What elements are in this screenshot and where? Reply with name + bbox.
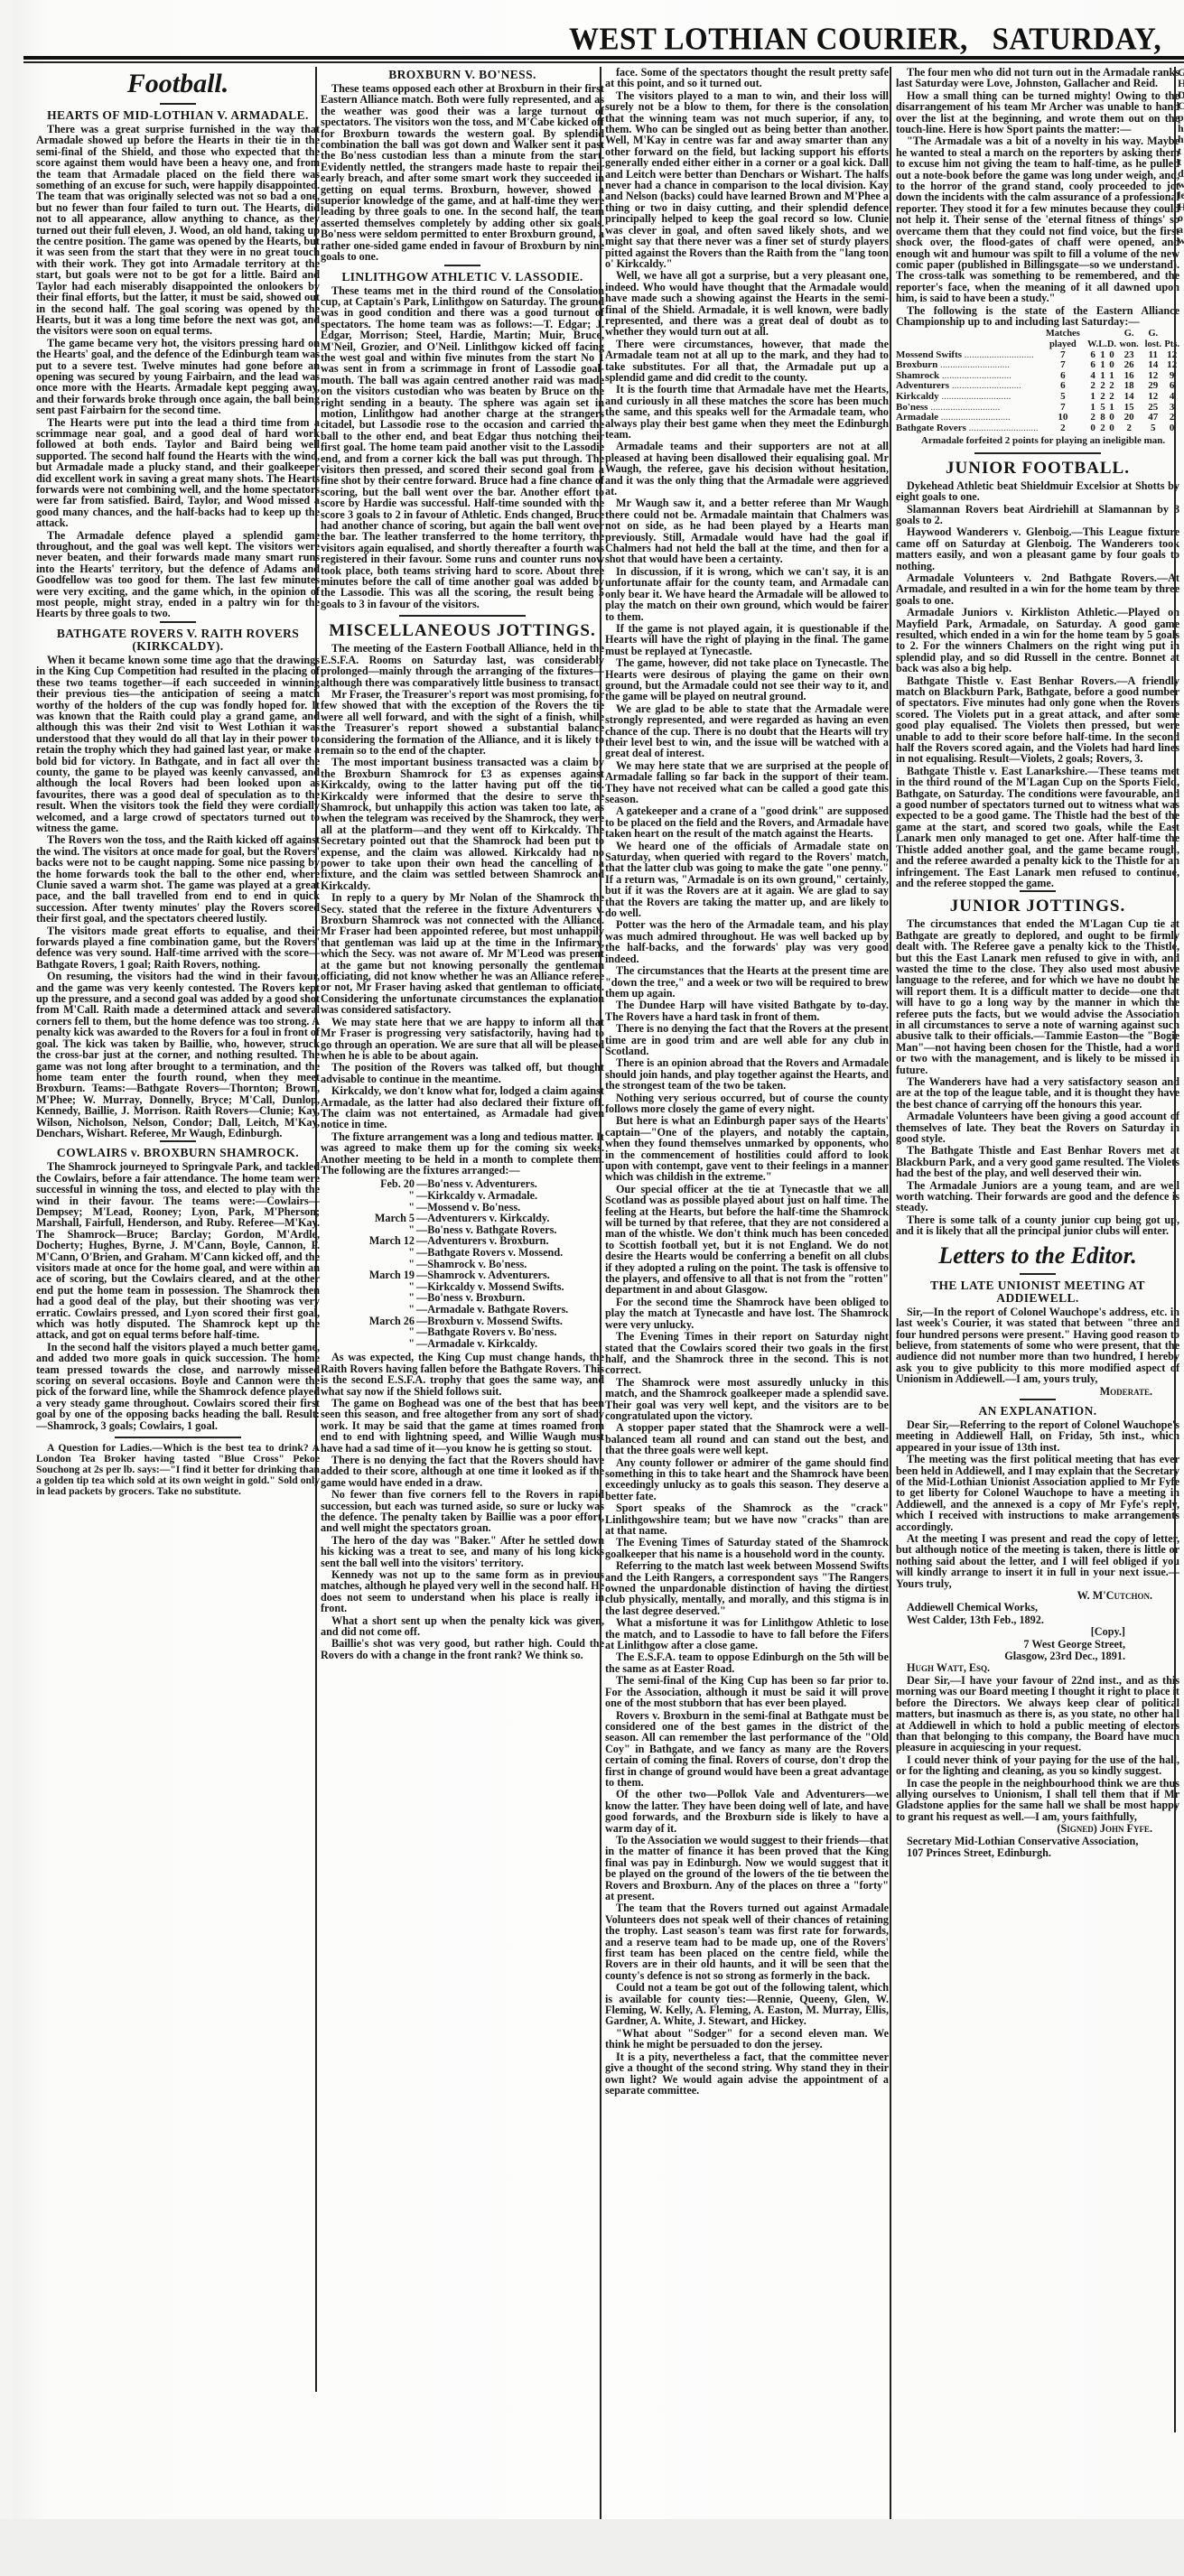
article-paragraph: The fixture arrangement was a long and t…	[321, 1131, 604, 1176]
article-paragraph: Any county follower or admirer of the ga…	[605, 1457, 889, 1502]
league-column-header	[896, 329, 1039, 349]
league-column-header: W.	[1087, 329, 1098, 349]
article-paragraph: "The Armadale was a bit of a novelty in …	[896, 135, 1179, 303]
fixture-date: "	[321, 1190, 416, 1202]
article-headline: HEARTS OF MID-LOTHIAN V. ARMADALE.	[36, 109, 320, 122]
article-paragraph: The semi-final of the King Cup has been …	[605, 1675, 889, 1708]
article-paragraph: Our special officer at the tie at Tyneca…	[605, 1184, 889, 1296]
league-row: Mossend Swifts7610231112	[896, 350, 1179, 361]
article-paragraph: Potter was the hero of the Armadale team…	[605, 919, 889, 964]
article-paragraph: We heard one of the officials of Armadal…	[605, 841, 889, 919]
article-paragraph: In reply to a query by Mr Nolan of the S…	[321, 892, 604, 1015]
article-paragraph: The Rovers won the toss, and the Raith k…	[36, 834, 320, 924]
jotting-paragraph: There is some talk of a county junior cu…	[896, 1214, 1179, 1237]
article-headline: MISCELLANEOUS JOTTINGS.	[321, 621, 604, 641]
article-paragraph: The Dundee Harp will have visited Bathga…	[605, 1000, 889, 1022]
fixture-date: "	[321, 1338, 416, 1350]
article-paragraph: Kirkcaldy, we don't know what for, lodge…	[321, 1085, 604, 1130]
divider	[399, 615, 526, 617]
divider	[1020, 890, 1056, 892]
article-paragraph: The following is the state of the Easter…	[896, 305, 1179, 328]
fixture-row: "—Bathgate Rovers v. Mossend.	[321, 1247, 604, 1259]
league-cell: 0	[1107, 360, 1116, 371]
league-cell: 1	[1087, 392, 1098, 403]
article-paragraph: Mr Waugh saw it, and a better referee th…	[605, 498, 889, 564]
article-paragraph: The Evening Times of Saturday stated of …	[605, 1537, 889, 1559]
article-paragraph: When it became known some time ago that …	[36, 655, 320, 834]
league-cell: 1	[1098, 360, 1107, 371]
article-paragraph: The Evening Times in their report on Sat…	[605, 1331, 889, 1376]
article-paragraph: The game on Boghead was one of the best …	[321, 1398, 604, 1454]
article-paragraph: The four men who did not turn out in the…	[896, 67, 1179, 89]
article-paragraph: Nothing very serious occurred, but of co…	[605, 1093, 889, 1115]
fixture-date: March 5	[321, 1213, 416, 1224]
article-paragraph: The circumstances that the Hearts at the…	[605, 965, 889, 999]
article-paragraph: On resuming, the visitors had the wind i…	[36, 971, 320, 1139]
letter-paragraph: Sir,—In the report of Colonel Wauchope's…	[896, 1307, 1179, 1385]
league-team-name: Adventurers	[896, 381, 1039, 392]
letter-paragraph: I could never think of your paying for t…	[896, 1754, 1179, 1777]
article-paragraph: The Shamrock were most assuredly unlucky…	[605, 1377, 889, 1422]
league-team-name: Armadale	[896, 413, 1039, 423]
copy-signature: (Signed) John Fyfe.	[896, 1823, 1179, 1834]
article-paragraph: For the second time the Shamrock have be…	[605, 1297, 889, 1330]
divider	[160, 621, 196, 623]
article-paragraph: The E.S.F.A. team to oppose Edinburgh on…	[605, 1651, 889, 1674]
adjacent-column-fragment: GHDCphhttdwleHoaw	[1174, 67, 1184, 2432]
junior-paragraph: Armadale Juniors v. Kirkliston Athletic.…	[896, 607, 1179, 674]
jotting-paragraph: Armadale Volunteers have been giving a g…	[896, 1111, 1179, 1144]
article-paragraph: The Shamrock journeyed to Springvale Par…	[36, 1161, 320, 1341]
letter-paragraph: The meeting was the first political meet…	[896, 1454, 1179, 1532]
league-column-header: G. won.	[1116, 329, 1142, 349]
divider	[974, 452, 1101, 454]
column-4: The four men who did not turn out in the…	[896, 67, 1179, 2460]
letter-recipient: Hugh Watt, Esq.	[896, 1662, 1179, 1673]
fixture-match: —Kirkcaldy v. Armadale.	[416, 1190, 604, 1202]
league-cell: 0	[1087, 423, 1098, 434]
article-paragraph: The game became very hot, the visitors p…	[36, 338, 320, 416]
article-paragraph: We are glad to be able to state that the…	[605, 703, 889, 759]
fixture-row: "—Armadale v. Kirkcaldy.	[321, 1338, 604, 1350]
article-paragraph: What a short sent up when the penalty ki…	[321, 1615, 604, 1638]
league-cell: 0	[1107, 423, 1116, 434]
article-paragraph: There were circumstances, however, that …	[605, 339, 889, 384]
league-team-name: Bathgate Rovers	[896, 423, 1039, 434]
article-headline: LINLITHGOW ATHLETIC V. LASSODIE.	[321, 271, 604, 284]
fixture-date: "	[321, 1292, 416, 1304]
article-paragraph: These teams opposed each other at Broxbu…	[321, 83, 604, 263]
letter-address: West Calder, 13th Feb., 1892.	[896, 1614, 1179, 1625]
article-headline: BATHGATE ROVERS V. RAITH ROVERS (KIRKCAL…	[36, 628, 320, 653]
junior-paragraph: Bathgate Thistle v. East Benhar Rovers.—…	[896, 675, 1179, 765]
league-row: Shamrock641116129	[896, 371, 1179, 382]
article-paragraph: There is an opinion abroad that the Rove…	[605, 1057, 889, 1091]
fixture-date: March 26	[321, 1316, 416, 1327]
league-cell: 14	[1116, 392, 1142, 403]
article-headline: BROXBURN V. BO'NESS.	[321, 69, 604, 81]
junior-jottings-paragraphs: The circumstances that ended the M'Lagan…	[896, 918, 1179, 1236]
league-cell: 2	[1098, 423, 1107, 434]
edge-fragment: H	[1176, 78, 1184, 88]
article-paragraph: Mr Fraser, the Treasurer's report was mo…	[321, 689, 604, 756]
article-paragraph: Armadale teams and their supporters are …	[605, 441, 889, 497]
article-paragraph: The Hearts were put into the lead a thir…	[36, 417, 320, 529]
junior-paragraph: Haywood Wanderers v. Glenboig.—This Leag…	[896, 526, 1179, 572]
league-team-name: Shamrock	[896, 371, 1039, 382]
copy-address: 7 West George Street,	[896, 1639, 1179, 1650]
divider	[444, 265, 480, 266]
article-paragraph: face. Some of the spectators thought the…	[605, 67, 889, 89]
letters-section-title: Letters to the Editor.	[896, 1242, 1179, 1269]
letter-address: Addiewell Chemical Works,	[896, 1602, 1179, 1613]
junior-paragraph: Slamannan Rovers beat Airdriehill at Sla…	[896, 504, 1179, 526]
article-paragraph: The most important business transacted w…	[321, 757, 604, 891]
divider	[1020, 1399, 1056, 1400]
article-paragraph: There is no denying the fact that the Ro…	[321, 1455, 604, 1488]
league-team-name: Kirkcaldy	[896, 392, 1039, 403]
edge-fragment: le	[1176, 190, 1184, 200]
divider	[160, 103, 196, 105]
jotting-paragraph: The Armadale Juniors are a young team, a…	[896, 1180, 1179, 1214]
junior-paragraph: Armadale Volunteers v. 2nd Bathgate Rove…	[896, 572, 1179, 606]
section-title-football: Football.	[36, 69, 320, 99]
league-cell: 8	[1098, 413, 1107, 423]
league-table-body: Mossend Swifts7610231112Broxburn76102614…	[896, 350, 1179, 434]
league-team-name: Bo'ness	[896, 403, 1039, 414]
column-3: face. Some of the spectators thought the…	[605, 67, 889, 2523]
edge-fragment: w	[1176, 235, 1184, 246]
article-paragraph: In discussion, if it is wrong, which we …	[605, 566, 889, 622]
edge-fragment: C	[1176, 100, 1184, 111]
copy-label: [Copy.]	[896, 1626, 1179, 1637]
fixture-match: —Bathgate Rovers v. Bo'ness.	[416, 1326, 604, 1338]
fixture-row: "—Armadale v. Bathgate Rovers.	[321, 1304, 604, 1316]
league-row: Broxburn7610261412	[896, 360, 1179, 371]
article-paragraph: It is a pity, nevertheless a fact, that …	[605, 2051, 889, 2097]
league-cell: 0	[1107, 413, 1116, 423]
masthead-rule-thin	[23, 61, 1184, 63]
league-cell: 7	[1039, 360, 1087, 371]
article-paragraph: In the second half the visitors played a…	[36, 1342, 320, 1431]
league-cell: 12	[1142, 392, 1164, 403]
edge-fragment: h	[1176, 134, 1184, 144]
column-4-notes: The four men who did not turn out in the…	[896, 67, 1179, 327]
league-team-name: Mossend Swifts	[896, 350, 1039, 361]
fixture-date: March 12	[321, 1235, 416, 1247]
divider	[1020, 1273, 1056, 1275]
junior-football-paragraphs: Dykehead Athletic beat Shieldmuir Excels…	[896, 480, 1179, 889]
league-row: Kirkcaldy512214124	[896, 392, 1179, 403]
article-paragraph: Rovers v. Broxburn in the semi-final at …	[605, 1710, 889, 1789]
article-paragraph: We may here state that we are surprised …	[605, 760, 889, 805]
column-1: Football. HEARTS OF MID-LOTHIAN V. ARMAD…	[36, 67, 320, 2505]
letter-paragraph: At the meeting I was present and read th…	[896, 1533, 1179, 1589]
league-cell: 2	[1039, 423, 1087, 434]
divider	[115, 1437, 241, 1438]
fixture-row: March 5—Adventurers v. Kirkcaldy.	[321, 1213, 604, 1224]
fixture-date: March 19	[321, 1269, 416, 1281]
league-team-name: Broxburn	[896, 360, 1039, 371]
article-paragraph: Well, we have all got a surprise, but a …	[605, 270, 889, 337]
league-cell: 2	[1116, 423, 1142, 434]
article-paragraph: The position of the Rovers was talked of…	[321, 1062, 604, 1084]
fixture-date: "	[321, 1326, 416, 1338]
column-3-paragraphs: face. Some of the spectators thought the…	[605, 67, 889, 2096]
league-cell: 5	[1039, 392, 1087, 403]
league-cell: 10	[1039, 413, 1087, 423]
copy-address: Glasgow, 23rd Dec., 1891.	[896, 1651, 1179, 1661]
letter-signature: Moderate.	[896, 1386, 1179, 1397]
fixture-date: "	[321, 1304, 416, 1316]
letter-signature: W. M'Cutchon.	[896, 1590, 1179, 1601]
fixture-date: "	[321, 1281, 416, 1293]
page-bottom-margin	[0, 2519, 1184, 2576]
article-paragraph: The visitors made great efforts to equal…	[36, 925, 320, 971]
column-1-articles: HEARTS OF MID-LOTHIAN V. ARMADALE.There …	[36, 109, 320, 1431]
league-column-header: G. lost.	[1142, 329, 1164, 349]
letter-paragraph: Dear Sir,—I have your favour of 22nd ins…	[896, 1675, 1179, 1753]
article-paragraph: Could not a team be got out of the follo…	[605, 1982, 889, 2027]
article-headline: COWLAIRS v. BROXBURN SHAMROCK.	[36, 1147, 320, 1159]
league-row: Adventurers622218296	[896, 381, 1179, 392]
article-paragraph: To the Association we would suggest to t…	[605, 1835, 889, 1902]
league-column-header: D.	[1107, 329, 1116, 349]
league-row: Armadale1028020472	[896, 413, 1179, 423]
league-table-header: Matches playedW.L.D.G. won.G. lost.Pts.	[896, 329, 1179, 349]
fixture-date: "	[321, 1247, 416, 1259]
junior-paragraph: Dykehead Athletic beat Shieldmuir Excels…	[896, 480, 1179, 503]
article-paragraph: As was expected, the King Cup must chang…	[321, 1352, 604, 1397]
fixture-match: —Adventurers v. Kirkcaldy.	[416, 1213, 604, 1224]
article-paragraph: The visitors played to a man to win, and…	[605, 90, 889, 270]
fixture-match: —Armadale v. Bathgate Rovers.	[416, 1304, 604, 1316]
fixture-match: —Shamrock v. Adventurers.	[416, 1269, 604, 1281]
league-table: Matches playedW.L.D.G. won.G. lost.Pts. …	[896, 329, 1179, 433]
masthead: WEST LOTHIAN COURIER, SATURDAY, FEBRUARY…	[569, 23, 1184, 57]
junior-paragraph: Bathgate Thistle v. East Lanarkshire.—Th…	[896, 766, 1179, 888]
league-cell: 20	[1116, 413, 1142, 423]
column-divider	[890, 67, 891, 2523]
article-paragraph: The game, however, did not take place on…	[605, 657, 889, 702]
league-cell: 2	[1107, 392, 1116, 403]
league-cell: 5	[1142, 423, 1164, 434]
league-cell: 2	[1098, 392, 1107, 403]
masthead-title: WEST LOTHIAN COURIER,	[569, 23, 968, 57]
edge-fragment: t	[1176, 156, 1184, 167]
league-row: Bathgate Rovers2020250	[896, 423, 1179, 434]
league-cell: 26	[1116, 360, 1142, 371]
article-paragraph: It is the fourth time that Armadale have…	[605, 384, 889, 440]
fixture-date: Feb. 20	[321, 1178, 416, 1190]
article-paragraph: These teams met in the third round of th…	[321, 285, 604, 610]
letter-paragraph: In case the people in the neighbourhood …	[896, 1778, 1179, 1823]
article-paragraph: But here is what an Edinburgh paper says…	[605, 1115, 889, 1182]
article-paragraph: A stopper paper stated that the Shamrock…	[605, 1422, 889, 1455]
letter-paragraph: Dear Sir,—Referring to the report of Col…	[896, 1419, 1179, 1453]
jotting-paragraph: The Bathgate Thistle and East Benhar Rov…	[896, 1145, 1179, 1178]
article-paragraph: Sport speaks of the Shamrock as the "cra…	[605, 1502, 889, 1536]
article-paragraph: The team that the Rovers turned out agai…	[605, 1902, 889, 1981]
letter-headline: AN EXPLANATION.	[896, 1405, 1179, 1418]
tea-advert: A Question for Ladies.—Which is the best…	[36, 1443, 320, 1497]
closing-line: Secretary Mid-Lothian Conservative Assoc…	[896, 1836, 1179, 1846]
letter-headline: THE LATE UNIONIST MEETING AT ADDIEWELL.	[896, 1279, 1179, 1305]
article-paragraph: The meeting of the Eastern Football Alli…	[321, 643, 604, 688]
masthead-rule	[23, 56, 1184, 60]
junior-jottings-headline: JUNIOR JOTTINGS.	[896, 897, 1179, 916]
article-paragraph: How a small thing can be turned mighty! …	[896, 90, 1179, 135]
league-column-header: Matches played	[1039, 329, 1087, 349]
article-paragraph: Of the other two—Pollok Vale and Adventu…	[605, 1789, 889, 1834]
article-paragraph: "What about "Sodger" for a second eleven…	[605, 2028, 889, 2051]
league-cell: 2	[1087, 413, 1098, 423]
article-paragraph: The Armadale defence played a splendid g…	[36, 530, 320, 619]
fixture-row: "—Kirkcaldy v. Armadale.	[321, 1190, 604, 1202]
fixtures-list: Feb. 20—Bo'ness v. Adventurers."—Kirkcal…	[321, 1178, 604, 1349]
article-paragraph: There was a great surprise furnished in …	[36, 124, 320, 337]
fixture-row: "—Bathgate Rovers v. Bo'ness.	[321, 1326, 604, 1338]
letters-to-editor: THE LATE UNIONIST MEETING AT ADDIEWELL.S…	[896, 1273, 1179, 1859]
league-cell: 14	[1142, 360, 1164, 371]
column-2: BROXBURN V. BO'NESS.These teams opposed …	[321, 67, 604, 2396]
edge-fragment: o	[1176, 212, 1184, 223]
league-cell: 47	[1142, 413, 1164, 423]
divider	[160, 1140, 196, 1142]
masthead-day: SATURDAY,	[993, 23, 1162, 57]
article-paragraph: We may state here that we are happy to i…	[321, 1017, 604, 1062]
league-note: Armadale forfeited 2 points for playing …	[896, 435, 1179, 446]
junior-football-headline: JUNIOR FOOTBALL.	[896, 459, 1179, 479]
article-paragraph: What a misfortune it was for Linlithgow …	[605, 1617, 889, 1651]
article-paragraph: The hero of the day was "Baker." After h…	[321, 1535, 604, 1568]
article-paragraph: There is no denying the fact that the Ro…	[605, 1023, 889, 1056]
fixture-row: March 19—Shamrock v. Adventurers.	[321, 1269, 604, 1281]
jotting-paragraph: The circumstances that ended the M'Lagan…	[896, 918, 1179, 1075]
article-paragraph: No fewer than five corners fell to the R…	[321, 1489, 604, 1534]
article-paragraph: Kennedy was not up to the same form as i…	[321, 1569, 604, 1614]
league-column-header: L.	[1098, 329, 1107, 349]
fixture-match: —Bathgate Rovers v. Mossend.	[416, 1247, 604, 1259]
column-2-articles: BROXBURN V. BO'NESS.These teams opposed …	[321, 69, 604, 1660]
fixture-match: —Armadale v. Kirkcaldy.	[416, 1338, 604, 1350]
article-paragraph: If the game is not played again, it is q…	[605, 623, 889, 656]
league-row: Bo'ness715115253	[896, 403, 1179, 414]
league-cell: 6	[1087, 360, 1098, 371]
article-paragraph: A gatekeeper and a crane of a "good drin…	[605, 805, 889, 839]
article-paragraph: Baillie's shot was very good, but rather…	[321, 1638, 604, 1660]
jotting-paragraph: The Wanderers have had a very satisfacto…	[896, 1076, 1179, 1110]
article-paragraph: Referring to the match last week between…	[605, 1560, 889, 1616]
closing-line: 107 Princes Street, Edinburgh.	[896, 1847, 1179, 1858]
